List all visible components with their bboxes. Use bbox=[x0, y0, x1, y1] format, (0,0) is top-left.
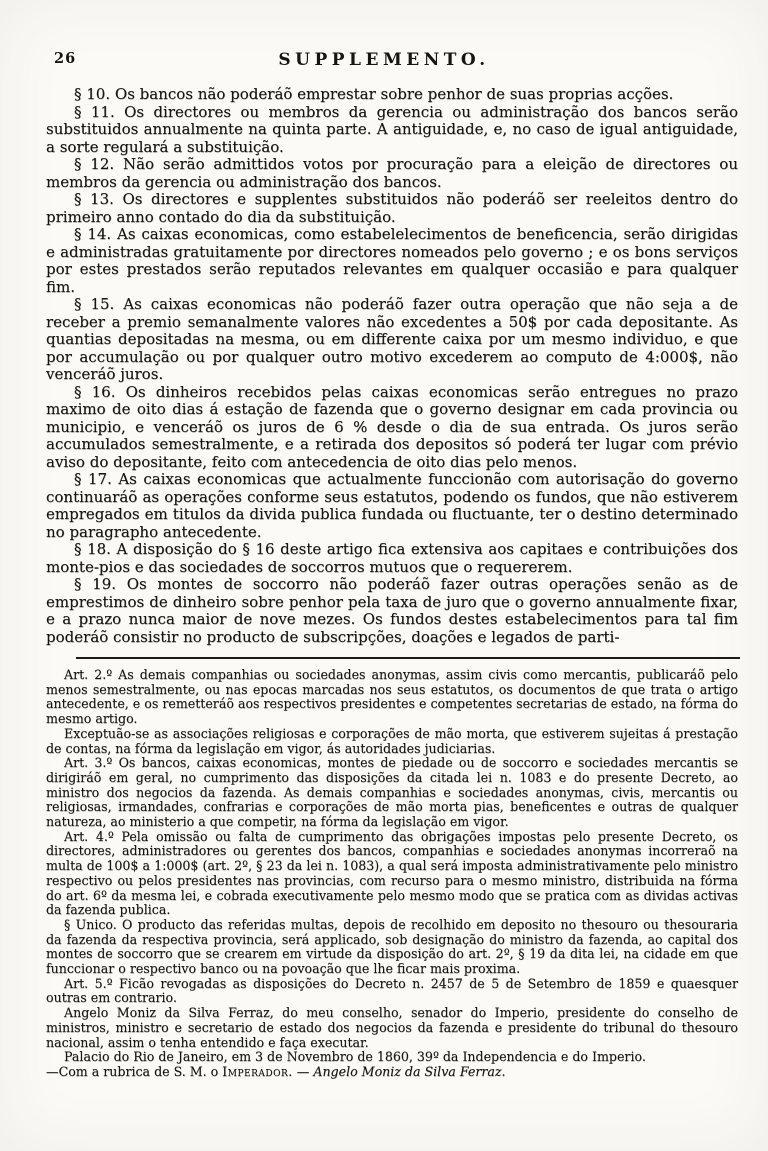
page-number: 26 bbox=[54, 50, 76, 67]
paragraph-s13: § 13. Os directores e supplentes substit… bbox=[46, 191, 738, 226]
footnote-art5: Art. 5.º Ficão revogadas as disposições … bbox=[46, 977, 738, 1006]
rubric-dash: — bbox=[293, 1064, 314, 1079]
paragraph-s17: § 17. As caixas economicas que actualmen… bbox=[46, 471, 738, 541]
imperador-smallcaps: Imperador. bbox=[222, 1064, 292, 1079]
paragraph-s14: § 14. As caixas economicas, como estabel… bbox=[46, 226, 738, 296]
page-title: SUPPLEMENTO. bbox=[0, 50, 768, 70]
paragraph-s16: § 16. Os dinheiros recebidos pelas caixa… bbox=[46, 384, 738, 472]
scanned-document-page: 26 SUPPLEMENTO. § 10. Os bancos não pode… bbox=[0, 0, 768, 1151]
footnote-exceptuao: Exceptuão-se as associações religiosas e… bbox=[46, 727, 738, 756]
paragraph-s15: § 15. As caixas economicas não poderáõ f… bbox=[46, 296, 738, 384]
closing-statement: Angelo Moniz da Silva Ferraz, do meu con… bbox=[46, 1006, 738, 1050]
rubric-text: —Com a rubrica de S. M. o bbox=[46, 1064, 222, 1079]
paragraph-s19: § 19. Os montes de soccorro não poderáõ … bbox=[46, 576, 738, 646]
paragraph-s10: § 10. Os bancos não poderáõ emprestar so… bbox=[46, 86, 738, 104]
footnote-art2: Art. 2.º As demais companhias ou socieda… bbox=[46, 668, 738, 727]
running-header: 26 SUPPLEMENTO. bbox=[0, 0, 768, 76]
footnote-divider-rule bbox=[76, 657, 740, 659]
rubric-line: —Com a rubrica de S. M. o Imperador. — A… bbox=[46, 1065, 738, 1080]
paragraph-s12: § 12. Não serão admittidos votos por pro… bbox=[46, 156, 738, 191]
footnote-art3: Art. 3.º Os bancos, caixas economicas, m… bbox=[46, 756, 738, 830]
footnote-block: Art. 2.º As demais companhias ou socieda… bbox=[46, 668, 738, 1080]
footnote-art4: Art. 4.º Pela omissão ou falta de cumpri… bbox=[46, 830, 738, 918]
decree-body: § 10. Os bancos não poderáõ emprestar so… bbox=[46, 86, 738, 646]
signature-name: Angelo Moniz da Silva Ferraz. bbox=[313, 1064, 505, 1079]
paragraph-s11: § 11. Os directores ou membros da gerenc… bbox=[46, 104, 738, 157]
date-place-line: Palacio do Rio de Janeiro, em 3 de Novem… bbox=[46, 1050, 738, 1065]
footnote-par-unico: § Unico. O producto das referidas multas… bbox=[46, 918, 738, 977]
paragraph-s18: § 18. A disposição do § 16 deste artigo … bbox=[46, 541, 738, 576]
